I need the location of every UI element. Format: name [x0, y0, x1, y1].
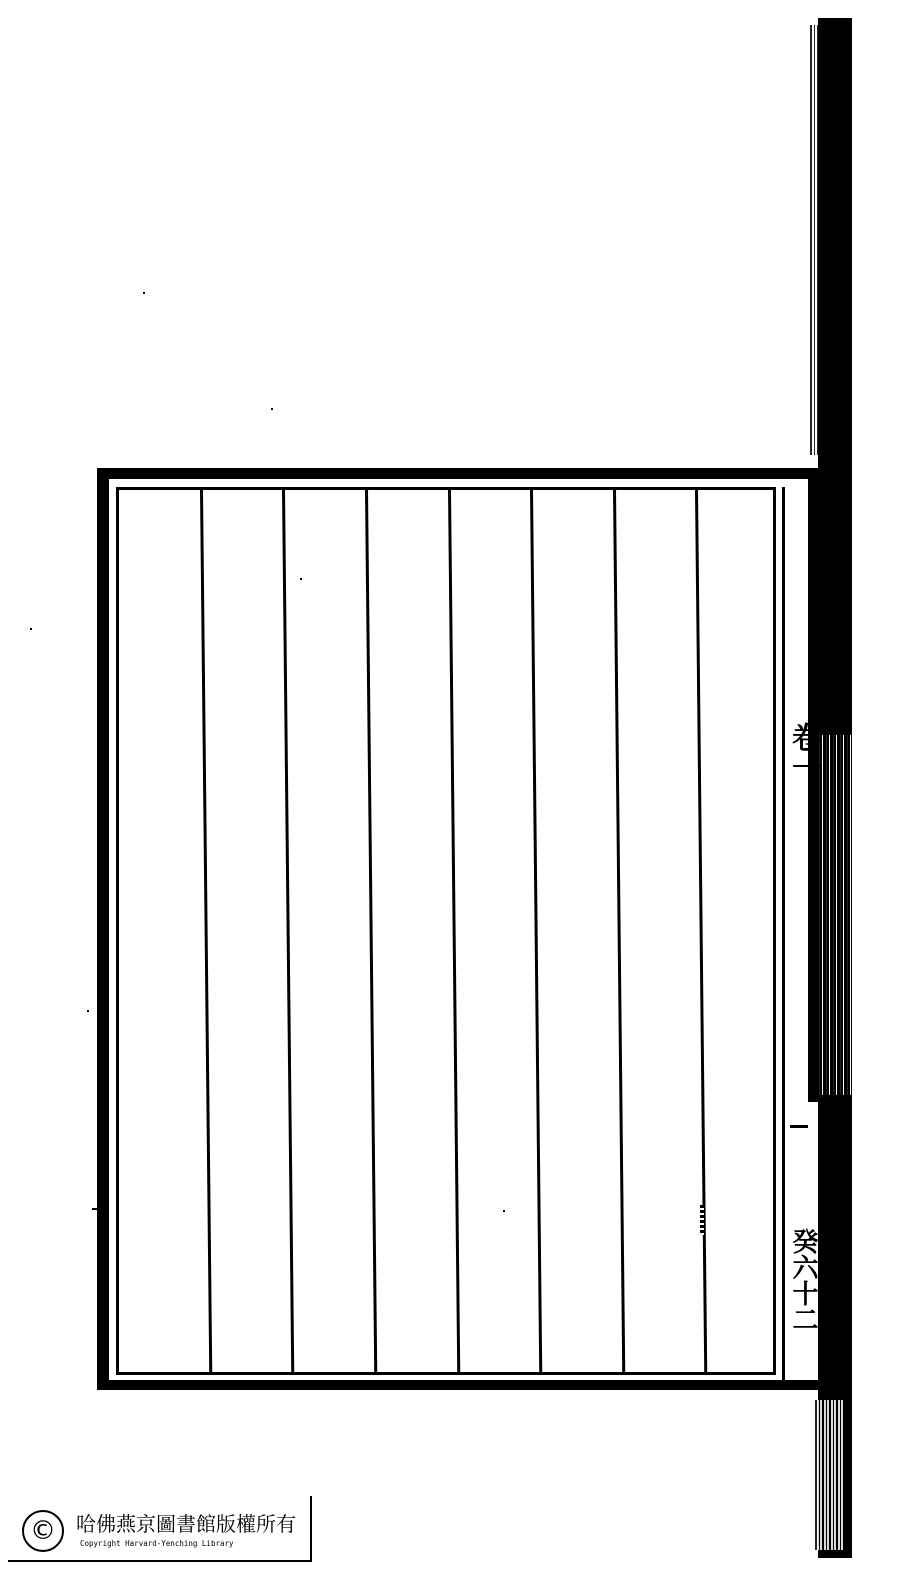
copyright-icon: ©	[22, 1510, 64, 1552]
book-edge-texture-bottom	[815, 1400, 843, 1550]
speck	[143, 292, 145, 294]
copyright-chinese-text: 哈佛燕京圖書館版權所有	[76, 1508, 296, 1537]
speck	[30, 628, 32, 630]
small-ink-mark	[700, 1205, 704, 1235]
center-column-divider	[782, 487, 785, 1387]
speck	[503, 1210, 505, 1212]
center-dash-mark	[790, 1125, 808, 1128]
margin-tick-mark	[92, 1208, 104, 1210]
inner-frame-border	[116, 487, 776, 1375]
page-number-label: 癸六十二	[788, 1228, 818, 1332]
speck	[271, 408, 273, 410]
speck	[87, 1010, 89, 1012]
copyright-stamp: © 哈佛燕京圖書館版權所有 Copyright Harvard-Yenching…	[8, 1496, 312, 1562]
frame-corner-mark	[824, 453, 832, 469]
juan-label: 卷一	[788, 722, 818, 782]
speck	[300, 578, 302, 580]
scanned-page: 卷一 癸六十二 © 哈佛燕京圖書館版權所有 Copyright Harvard-…	[0, 0, 900, 1575]
copyright-english-text: Copyright Harvard-Yenching Library	[80, 1539, 234, 1548]
